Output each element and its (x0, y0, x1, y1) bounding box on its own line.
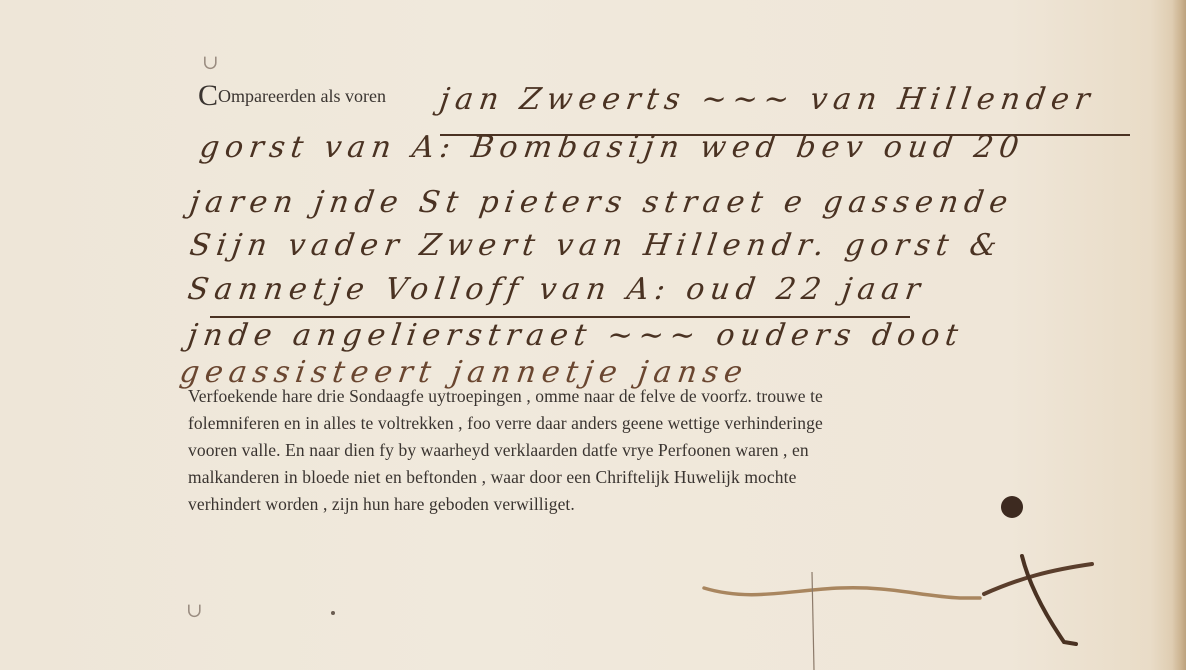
document-page: ∪ ∪ COmpareerden als voren jan Zweerts ~… (0, 0, 1186, 670)
ink-blot (1001, 496, 1023, 518)
handwritten-line-7: geassisteert jannetje janse (178, 355, 751, 390)
handwritten-line-1: jan Zweerts ~~~ van Hillender (438, 82, 1098, 117)
printed-line-2: folemniferen en in alles te voltrekken ,… (188, 413, 823, 434)
handwritten-line-6: jnde angelierstraet ~~~ ouders doot (186, 318, 966, 353)
signature-line-mark (704, 588, 980, 598)
printed-lead: COmpareerden als voren (198, 82, 386, 110)
handwritten-line-5: Sannetje Volloff van A: oud 22 jaar (186, 272, 929, 307)
printed-line-1: Verfoekende hare drie Sondaagfe uytroepi… (188, 386, 823, 407)
handwritten-line-2: gorst van A: Bombasijn wed bev oud 20 (198, 130, 1027, 165)
handwritten-line-3: jaren jnde St pieters straet e gassende (188, 185, 1016, 220)
lead-text: Ompareerden als voren (218, 86, 386, 106)
margin-mark-bottom: ∪ (186, 598, 203, 623)
cross-mark-stroke-1 (984, 564, 1092, 594)
printed-line-5: verhindert worden , zijn hun hare gebode… (188, 494, 575, 515)
margin-dot (331, 611, 335, 615)
signature-stroke (812, 572, 814, 670)
drop-cap: C (198, 79, 218, 112)
margin-mark-top: ∪ (202, 50, 219, 75)
handwritten-line-4: Sijn vader Zwert van Hillendr. gorst & (188, 228, 1005, 263)
printed-line-3: vooren valle. En naar dien fy by waarhey… (188, 440, 809, 461)
signature-marks (690, 520, 1110, 670)
printed-line-4: malkanderen in bloede niet en beftonden … (188, 467, 796, 488)
page-gutter (1172, 0, 1186, 670)
